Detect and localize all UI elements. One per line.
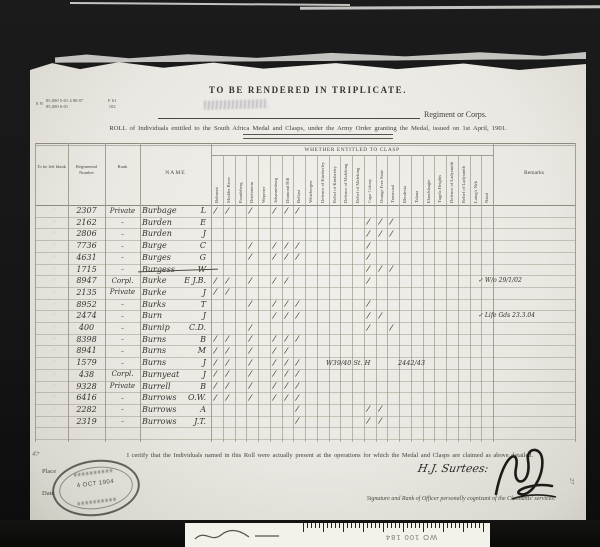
row-blank-mark: ⁄ [54, 419, 55, 424]
page: 8 N 85,000 5-01 4 88 87 85,000 6-01 F 61… [30, 58, 586, 520]
clasp-tick: / [284, 205, 288, 214]
row-regimental-number: 2135 [68, 288, 105, 297]
clasp-tick: / [378, 416, 382, 425]
clasp-tick: / [249, 334, 253, 343]
clasp-tick: / [249, 381, 253, 390]
clasp-tick: / [378, 404, 382, 413]
clasp-column-header: Natal [484, 158, 492, 203]
clasp-column-header: Defence of Kimberley [320, 158, 328, 203]
row-surname: Burns [142, 358, 166, 367]
clasp-column-header: Belfast [296, 158, 304, 203]
clasp-tick: / [284, 276, 288, 285]
remarks-column-header: Remarks [493, 170, 575, 177]
clasp-tick: / [214, 276, 218, 285]
clasp-column-header: Johannesburg [273, 158, 281, 203]
row-surname: Burrows [142, 417, 176, 426]
row-rank: Private [105, 382, 140, 390]
row-initials: A [200, 405, 206, 414]
clasp-tick: / [225, 393, 229, 402]
clasp-tick: / [249, 322, 253, 331]
row-blank-mark: ⁄ [54, 255, 55, 260]
row-regimental-number: 8947 [68, 276, 105, 285]
officer-signature: H.J. Surtees: [417, 462, 490, 475]
row-initials: L [201, 206, 206, 215]
clasp-tick: / [272, 205, 276, 214]
clasp-column-header: Belmont [214, 158, 222, 203]
row-name: BurnyeatJ [142, 370, 206, 379]
row-name: BurkeE J.B. [142, 276, 206, 285]
row-regimental-number: 4631 [68, 253, 105, 262]
row-annotation: 2442/43 [398, 359, 425, 367]
row-initials: B [200, 335, 206, 344]
clasp-tick: / [284, 299, 288, 308]
row-surname: Burnyeat [142, 370, 179, 379]
clasp-column-header: Talana [414, 158, 422, 203]
clasp-column-header: Cape Colony [367, 158, 375, 203]
ledger-line [35, 439, 575, 440]
clasp-tick: / [378, 264, 382, 273]
clasp-tick: / [214, 357, 218, 366]
clasp-tick: / [249, 205, 253, 214]
row-blank-mark: ⁄ [54, 302, 55, 307]
clasp-tick: / [225, 369, 229, 378]
scanned-medal-roll-photo: 8 N 85,000 5-01 4 88 87 85,000 6-01 F 61… [0, 0, 600, 547]
clasp-tick: / [284, 393, 288, 402]
row-surname: Burge [142, 241, 167, 250]
row-name: BurkeJ [142, 288, 206, 297]
clasp-tick: / [272, 357, 276, 366]
clasp-tick: / [225, 346, 229, 355]
clasp-tick: / [296, 205, 300, 214]
row-surname: Burrell [142, 382, 171, 391]
row-regimental-number: 2307 [68, 206, 105, 215]
row-name: BurnsM [142, 346, 206, 355]
clasp-tick: / [366, 264, 370, 273]
row-annotation: W39/40 St. H [326, 359, 370, 367]
table-top-rule-2 [35, 145, 575, 146]
row-surname: Burbage [142, 206, 177, 215]
row-initials: M [198, 346, 206, 355]
row-initials: E [200, 218, 206, 227]
clasp-tick: / [366, 299, 370, 308]
row-blank-mark: ⁄ [54, 231, 55, 236]
clasp-tick: / [284, 252, 288, 261]
row-regimental-number: 2806 [68, 229, 105, 238]
clasp-column-header: Wepener [261, 158, 269, 203]
row-initials: J [203, 358, 206, 367]
clasp-tick: / [296, 369, 300, 378]
clasp-tick: / [296, 416, 300, 425]
clasp-tick: / [225, 276, 229, 285]
clasp-tick: / [390, 217, 394, 226]
clasp-tick: / [272, 252, 276, 261]
signature-caption: Signature and Rank of Officer personally… [348, 496, 574, 502]
row-surname: Burrows [142, 393, 176, 402]
photo-bottom-strip: WO 100 184 [0, 520, 600, 547]
row-initials: T [201, 300, 206, 309]
row-initials: C [200, 241, 206, 250]
clasp-column-header: Tugela Heights [437, 158, 445, 203]
row-initials: J [203, 288, 206, 297]
clasp-tick: / [296, 381, 300, 390]
clasp-column-header: Wittebergen [308, 158, 316, 203]
column-header-2: Rank [105, 164, 140, 170]
clasp-tick: / [284, 381, 288, 390]
place-label: Place [42, 468, 56, 475]
row-regimental-number: 2162 [68, 218, 105, 227]
clasp-tick: / [214, 346, 218, 355]
clasp-column-header: Laing's Nek [473, 158, 481, 203]
row-regimental-number: 8398 [68, 335, 105, 344]
clasp-column-header: Relief of Kimberley [332, 158, 340, 203]
clasp-column-header: Relief of Mafeking [355, 158, 363, 203]
row-remark: ✓ Life Gds 23.3.04 [478, 312, 535, 319]
clasp-tick: / [284, 311, 288, 320]
clasp-column-header: Relief of Ladysmith [461, 158, 469, 203]
clasp-tick: / [272, 381, 276, 390]
row-regimental-number: 2282 [68, 405, 105, 414]
row-surname: Burnip [142, 323, 170, 332]
clasp-tick: / [249, 346, 253, 355]
clasp-tick: / [249, 357, 253, 366]
row-surname: Burden [142, 229, 172, 238]
row-name: BurrellB [142, 382, 206, 391]
clasp-column-header: Elandslaagte [426, 158, 434, 203]
row-regimental-number: 1579 [68, 358, 105, 367]
row-rank: Private [105, 288, 140, 296]
row-blank-mark: ⁄ [54, 290, 55, 295]
clasp-tick: / [225, 381, 229, 390]
clasp-tick: / [249, 252, 253, 261]
row-blank-mark: ⁄ [54, 267, 55, 272]
clasp-tick: / [284, 240, 288, 249]
clasp-column-header: Modder River [226, 158, 234, 203]
card-handwriting [191, 527, 291, 545]
row-rank: Corpl. [105, 277, 140, 285]
clasp-tick: / [378, 229, 382, 238]
row-blank-mark: ⁄ [54, 243, 55, 248]
row-rank: – [105, 230, 140, 238]
table-vline [140, 143, 141, 442]
clasp-tick: / [272, 369, 276, 378]
clasp-tick: / [272, 299, 276, 308]
row-blank-mark: ⁄ [54, 220, 55, 225]
row-regimental-number: 7736 [68, 241, 105, 250]
clasp-column-header: Rhodesia [402, 158, 410, 203]
row-rank: – [105, 242, 140, 250]
clasp-tick: / [272, 240, 276, 249]
clasp-tick: / [272, 334, 276, 343]
ledger-line [35, 427, 575, 428]
clasp-tick: / [366, 404, 370, 413]
row-rank: – [105, 300, 140, 308]
row-surname: Burgess [142, 265, 175, 274]
clasp-tick: / [296, 393, 300, 402]
row-name: BurdenE [142, 218, 206, 227]
clasp-tick: / [249, 240, 253, 249]
clasp-tick: / [225, 334, 229, 343]
clasp-tick: / [225, 357, 229, 366]
row-rank: – [105, 405, 140, 413]
clasp-tick: / [214, 369, 218, 378]
row-name: BurbageL [142, 206, 206, 215]
row-surname: Burns [142, 335, 166, 344]
row-name: BurrowsO.W. [142, 393, 206, 402]
clasp-tick: / [272, 393, 276, 402]
row-surname: Burke [142, 288, 166, 297]
archive-reference-card: WO 100 184 [185, 523, 490, 547]
clasp-tick: / [366, 217, 370, 226]
clasp-tick: / [378, 311, 382, 320]
row-blank-mark: ⁄ [54, 384, 55, 389]
clasp-tick: / [296, 252, 300, 261]
table-vline [575, 143, 576, 442]
ruler [303, 523, 487, 532]
row-name: BurnJ [142, 311, 206, 320]
table-top-rule [35, 143, 575, 144]
clasp-column-header: Transvaal [390, 158, 398, 203]
clasp-tick: / [366, 240, 370, 249]
row-initials: O.W. [188, 393, 206, 402]
paper-edge-top [70, 2, 350, 6]
row-rank: – [105, 312, 140, 320]
row-surname: Burn [142, 311, 162, 320]
row-regimental-number: 6416 [68, 393, 105, 402]
clasp-tick: / [296, 240, 300, 249]
row-regimental-number: 8941 [68, 346, 105, 355]
row-blank-mark: ⁄ [54, 360, 55, 365]
row-rank: – [105, 265, 140, 273]
clasp-tick: / [296, 334, 300, 343]
clasp-tick: / [390, 229, 394, 238]
row-name: BurnipC.D. [142, 323, 206, 332]
column-header-0: To be left blank [35, 164, 68, 170]
clasp-tick: / [214, 381, 218, 390]
clasp-column-header: Driefontein [249, 158, 257, 203]
row-blank-mark: ⁄ [54, 208, 55, 213]
row-surname: Burks [142, 300, 166, 309]
clasp-tick: / [390, 322, 394, 331]
clasp-column-header: Orange Free State [379, 158, 387, 203]
row-regimental-number: 400 [68, 323, 105, 332]
row-initials: J.T. [194, 417, 206, 426]
row-regimental-number: 9328 [68, 382, 105, 391]
clasp-tick: / [214, 287, 218, 296]
row-rank: – [105, 218, 140, 226]
row-name: BurrowsJ.T. [142, 417, 206, 426]
clasp-column-header: Defence of Mafeking [343, 158, 351, 203]
row-rank: – [105, 253, 140, 261]
clasp-tick: / [296, 357, 300, 366]
row-rank: – [105, 417, 140, 425]
clasp-tick: / [284, 369, 288, 378]
row-rank: – [105, 335, 140, 343]
clasp-tick: / [284, 346, 288, 355]
clasp-column-header: Diamond Hill [285, 158, 293, 203]
clasp-tick: / [249, 299, 253, 308]
row-initials: C.D. [189, 323, 206, 332]
row-rank: – [105, 394, 140, 402]
clasp-tick: / [366, 416, 370, 425]
row-surname: Burns [142, 346, 166, 355]
row-name: BurdenJ [142, 229, 206, 238]
clasp-tick: / [249, 393, 253, 402]
row-regimental-number: 1715 [68, 265, 105, 274]
row-surname: Burke [142, 276, 166, 285]
row-blank-mark: ⁄ [54, 348, 55, 353]
row-blank-mark: ⁄ [54, 395, 55, 400]
clasp-group-header: WHETHER ENTITLED TO CLASP [211, 147, 493, 154]
row-rank: Private [105, 207, 140, 215]
row-regimental-number: 2319 [68, 417, 105, 426]
margin-note-right: 27 [568, 478, 575, 485]
clasp-tick: / [214, 205, 218, 214]
clasp-tick: / [272, 346, 276, 355]
clasp-tick: / [249, 369, 253, 378]
row-initials: J [203, 229, 206, 238]
paper-edge-under-page [55, 50, 586, 63]
row-initials: B [200, 382, 206, 391]
paper-edge-top-2 [300, 5, 600, 10]
row-blank-mark: ⁄ [54, 407, 55, 412]
clasp-tick: / [272, 276, 276, 285]
clasp-column-header: Paardeberg [238, 158, 246, 203]
clasp-tick: / [249, 276, 253, 285]
clasp-tick: / [390, 264, 394, 273]
row-initials: G [200, 253, 206, 262]
row-remark: ✓ W/o 29/1/02 [478, 277, 522, 284]
clasp-tick: / [272, 311, 276, 320]
signature-scrawl [482, 442, 572, 502]
row-blank-mark: ⁄ [54, 325, 55, 330]
row-name: BurgeC [142, 241, 206, 250]
row-rank: – [105, 359, 140, 367]
clasp-tick: / [366, 252, 370, 261]
row-surname: Burrows [142, 405, 176, 414]
clasp-tick: / [366, 229, 370, 238]
row-regimental-number: 438 [68, 370, 105, 379]
column-header-1: Regimental Number [68, 164, 105, 176]
row-name: BurgesG [142, 253, 206, 262]
clasp-tick: / [296, 299, 300, 308]
row-name: BurnsB [142, 335, 206, 344]
archive-reference: WO 100 184 [385, 533, 437, 542]
row-name: BurrowsA [142, 405, 206, 414]
row-name: BurnsJ [142, 358, 206, 367]
clasp-tick: / [296, 311, 300, 320]
clasp-tick: / [366, 276, 370, 285]
row-initials: J [203, 311, 206, 320]
table-vline [35, 143, 36, 442]
table-vline [211, 143, 212, 442]
row-surname: Burges [142, 253, 171, 262]
clasp-tick: / [214, 393, 218, 402]
clasp-tick: / [214, 334, 218, 343]
row-rank: – [105, 324, 140, 332]
row-blank-mark: ⁄ [54, 278, 55, 283]
row-regimental-number: 2474 [68, 311, 105, 320]
clasp-tick: / [225, 205, 229, 214]
row-initials: E J.B. [184, 276, 206, 285]
clasp-tick: / [366, 322, 370, 331]
row-rank: – [105, 347, 140, 355]
clasp-tick: / [225, 287, 229, 296]
clasp-tick: / [366, 311, 370, 320]
row-blank-mark: ⁄ [54, 313, 55, 318]
clasp-tick: / [378, 217, 382, 226]
row-initials: J [203, 370, 206, 379]
clasp-tick: / [284, 357, 288, 366]
row-name: BurksT [142, 300, 206, 309]
row-regimental-number: 8952 [68, 300, 105, 309]
row-surname: Burden [142, 218, 172, 227]
column-header-3: NAME [140, 170, 211, 177]
row-blank-mark: ⁄ [54, 337, 55, 342]
clasp-tick: / [284, 334, 288, 343]
margin-note-bottom-left: 47 [31, 449, 39, 458]
row-rank: Corpl. [105, 370, 140, 378]
row-blank-mark: ⁄ [54, 372, 55, 377]
clasp-tick: / [296, 404, 300, 413]
table-vline [493, 143, 494, 442]
clasp-column-header: Defence of Ladysmith [449, 158, 457, 203]
